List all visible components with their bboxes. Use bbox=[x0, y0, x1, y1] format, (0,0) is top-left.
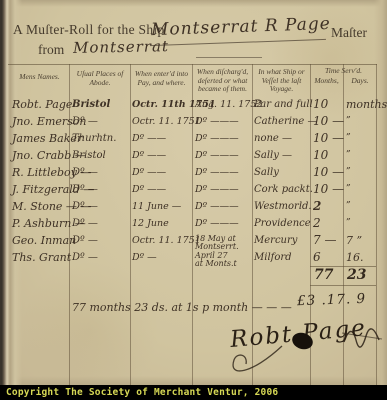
header-abode: Uſual Places of Abode. bbox=[70, 70, 130, 87]
cell-days: ” bbox=[346, 216, 375, 231]
cell-days: 16. bbox=[346, 250, 375, 265]
cell-ship: Sally — bbox=[254, 148, 308, 163]
cell-discharged: Dº ——— bbox=[195, 114, 250, 129]
table-row: R. Littleboy — Dº — Dº —— Dº ——— Sally 1… bbox=[0, 165, 387, 182]
cell-entered: Octr. 11. 1751 bbox=[132, 233, 190, 248]
cell-months: 7 — bbox=[313, 233, 341, 248]
header-names: Mens Names. bbox=[10, 73, 69, 82]
cell-entered: 12 June bbox=[132, 216, 190, 231]
cell-days: 7 ” bbox=[346, 233, 375, 248]
cell-days: ” bbox=[346, 182, 375, 197]
table-row: P. Ashburn — Dº — 12 June Dº ——— Provide… bbox=[0, 216, 387, 233]
table-row: M. Stone — — Dº — 11 June — Dº ——— Westm… bbox=[0, 199, 387, 216]
cell-name: Ths. Grant bbox=[12, 250, 70, 265]
wage-amount: £3 .17. 9 bbox=[297, 291, 367, 309]
table-row: Robt. Page Bristol Octr. 11th 1751 Aug. … bbox=[0, 97, 387, 114]
cell-months: 10 — bbox=[313, 165, 341, 180]
cell-abode: Dº — bbox=[72, 216, 128, 231]
cell-entered: Dº —— bbox=[132, 182, 190, 197]
cell-abode: Dº — bbox=[72, 250, 128, 265]
cell-days: ” bbox=[346, 131, 375, 146]
cell-entered: Dº —— bbox=[132, 148, 190, 163]
cell-abode: Dº — bbox=[72, 165, 128, 180]
cell-ship: Cork packt. bbox=[254, 182, 308, 197]
header-days: Days. bbox=[343, 77, 377, 86]
document-title: A Muſter-Roll for the Ship bbox=[13, 22, 165, 38]
total-days: 23 bbox=[347, 267, 366, 283]
table-row: J. Fitzgerald — Dº — Dº —— Dº ——— Cork p… bbox=[0, 182, 387, 199]
cell-discharged: Dº ——— bbox=[195, 216, 250, 231]
header-months: Months, bbox=[310, 77, 343, 86]
table-row: Jno. Emerson Dº — Octr. 11. 1751 Dº ——— … bbox=[0, 114, 387, 131]
cell-ship: none — bbox=[254, 131, 308, 146]
from-label: from bbox=[38, 42, 64, 58]
cell-discharged: April 27 at Monts.t bbox=[195, 250, 250, 268]
cell-ship: Catherine — bbox=[254, 114, 308, 129]
ink-dash bbox=[196, 57, 262, 58]
cell-entered: Octr. 11. 1751 bbox=[132, 114, 190, 129]
ship-and-master-handwritten: Montserrat R Page bbox=[151, 14, 331, 40]
header-ship: In what Ship or Veſſel the laſt Voyage. bbox=[253, 68, 310, 94]
cell-name: J. Fitzgerald — bbox=[12, 182, 70, 197]
cell-ship: Providence bbox=[254, 216, 308, 231]
signature-tail-flourish-icon bbox=[222, 344, 288, 382]
cell-days: ” bbox=[346, 199, 375, 214]
header-discharged: When diſcharg'd, deſerted or what became… bbox=[193, 68, 252, 94]
muster-roll-photo: A Muſter-Roll for the Ship Montserrat R … bbox=[0, 0, 387, 385]
cell-months: 10 bbox=[313, 97, 341, 112]
cell-discharged: Dº ——— bbox=[195, 199, 250, 214]
cell-discharged: Dº ——— bbox=[195, 165, 250, 180]
cell-name: Jno. Emerson bbox=[12, 114, 70, 129]
cell-entered: Octr. 11th 1751 bbox=[132, 97, 190, 112]
from-place-handwritten: Montserrat bbox=[73, 37, 169, 57]
cell-abode: Bristol bbox=[72, 97, 128, 112]
cell-ship: Milford bbox=[254, 250, 308, 265]
cell-ship: Westmorld. bbox=[254, 199, 308, 214]
cell-months: 10 — bbox=[313, 131, 341, 146]
cell-abode: Dº — bbox=[72, 199, 128, 214]
cell-abode: Thurhtn. bbox=[72, 131, 128, 146]
cell-discharged: Aug. 11. 1752 bbox=[195, 97, 250, 112]
cell-months: 2 bbox=[313, 199, 341, 214]
table-row: Geo. Inman Dº — Octr. 11. 1751 18 May at… bbox=[0, 233, 387, 250]
cell-name: Jno. Crabb — bbox=[12, 148, 70, 163]
header-time-served: Time Serv'd. bbox=[310, 67, 377, 76]
cell-discharged: 18 May at Montserrt. bbox=[195, 233, 250, 251]
cell-name: Geo. Inman bbox=[12, 233, 70, 248]
cell-entered: 11 June — bbox=[132, 199, 190, 214]
cell-discharged: Dº ——— bbox=[195, 148, 250, 163]
cell-days: ” bbox=[346, 165, 375, 180]
master-label: Maſter bbox=[331, 25, 367, 41]
cell-ship: Par and full bbox=[254, 97, 308, 112]
cell-months: 10 bbox=[313, 148, 341, 163]
cell-days: months bbox=[346, 97, 375, 112]
table-row: Jno. Crabb — Bristol Dº —— Dº ——— Sally … bbox=[0, 148, 387, 165]
cell-name: M. Stone — — bbox=[12, 199, 70, 214]
ink-underline bbox=[150, 39, 326, 46]
copyright-bar: Copyright The Society of Merchant Ventur… bbox=[0, 385, 387, 400]
cell-name: James Baker bbox=[12, 131, 70, 146]
cell-abode: Dº — bbox=[72, 233, 128, 248]
cell-entered: Dº —— bbox=[132, 131, 190, 146]
signature-flourish-icon bbox=[340, 316, 386, 358]
wage-computation-line: 77 months 23 ds. at 1s p month — — — bbox=[72, 301, 292, 314]
cell-name: Robt. Page bbox=[12, 97, 70, 112]
cell-days: ” bbox=[346, 148, 375, 163]
cell-abode: Dº — bbox=[72, 114, 128, 129]
cell-abode: Dº — bbox=[72, 182, 128, 197]
table-row: Ths. Grant Dº — Dº — April 27 at Monts.t… bbox=[0, 250, 387, 267]
cell-discharged: Dº ——— bbox=[195, 131, 250, 146]
cell-ship: Sally bbox=[254, 165, 308, 180]
table-row: James Baker Thurhtn. Dº —— Dº ——— none —… bbox=[0, 131, 387, 148]
cell-months: 2 bbox=[313, 216, 341, 231]
total-months: 77 bbox=[314, 267, 333, 283]
cell-months: 10 — bbox=[313, 182, 341, 197]
cell-abode: Bristol bbox=[72, 148, 128, 163]
cell-entered: Dº —— bbox=[132, 165, 190, 180]
cell-months: 6 bbox=[313, 250, 341, 265]
cell-name: R. Littleboy — bbox=[12, 165, 70, 180]
cell-discharged: Dº ——— bbox=[195, 182, 250, 197]
cell-days: ” bbox=[346, 114, 375, 129]
total-bottom-rule bbox=[310, 285, 376, 286]
cell-months: 10 — bbox=[313, 114, 341, 129]
cell-ship: Mercury bbox=[254, 233, 308, 248]
cell-name: P. Ashburn — bbox=[12, 216, 70, 231]
header-entered: When enter'd into Pay, and where. bbox=[131, 70, 192, 87]
copyright-text: Copyright The Society of Merchant Ventur… bbox=[0, 385, 387, 400]
cell-entered: Dº — bbox=[132, 250, 190, 265]
